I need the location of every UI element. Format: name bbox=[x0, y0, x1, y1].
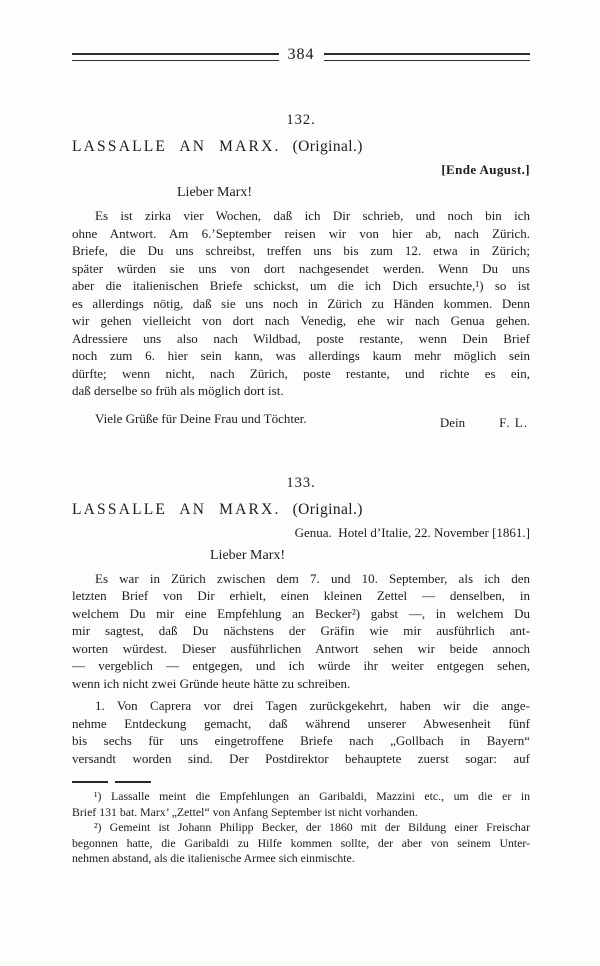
text-line: Adressiere uns also nach Wildbad, poste … bbox=[72, 330, 530, 348]
text-line: Briefe, die Du uns schreibst, treffen un… bbox=[72, 242, 530, 260]
letter-number: 133. bbox=[72, 474, 530, 492]
footnotes: ¹) Lassalle meint die Empfehlungen an Ga… bbox=[72, 789, 530, 867]
header-rule-left bbox=[72, 53, 279, 61]
text-line: begonnen hatte, die Garibaldi zu Hilfe k… bbox=[72, 836, 530, 852]
footnote-rule-segment bbox=[115, 781, 151, 783]
text-line: nehmen abstand, als die italienische Arm… bbox=[72, 851, 530, 867]
closing-valediction: Dein bbox=[440, 414, 465, 432]
footnote-block: ¹) Lassalle meint die Empfehlungen an Ga… bbox=[72, 781, 530, 867]
letter-title-annotation: (Original.) bbox=[293, 501, 363, 518]
text-line: Brief 131 bat. Marx’ „Zettel“ von Anfang… bbox=[72, 805, 530, 821]
text-line: letzten Brief von Dir erhielt, einen kle… bbox=[72, 587, 530, 605]
letter-dateline: Genua. Hotel d’Italie, 22. November [186… bbox=[72, 524, 530, 541]
book-page: 384 132. LASSALLE AN MARX.(Original.) [E… bbox=[0, 0, 600, 966]
footnote-separator-rule bbox=[72, 781, 530, 783]
letter-132: 132. LASSALLE AN MARX.(Original.) [Ende … bbox=[72, 111, 530, 428]
text-line: mir sagtest, daß Du nächstens der Gräfin… bbox=[72, 622, 530, 640]
text-line: bis sechs für uns eingetroffene Briefe n… bbox=[72, 732, 530, 750]
letter-title-annotation: (Original.) bbox=[293, 138, 363, 155]
letter-body-paragraph: Es ist zirka vier Wochen, daß ich Dir sc… bbox=[72, 207, 530, 400]
letter-body-paragraph: Es war in Zürich zwischen dem 7. und 10.… bbox=[72, 570, 530, 693]
footnote-1: ¹) Lassalle meint die Empfehlungen an Ga… bbox=[72, 789, 530, 820]
footnote-rule-segment bbox=[72, 781, 108, 783]
text-line: wir gehen vielleicht von dort nach Vened… bbox=[72, 312, 530, 330]
text-line: worten würdest. Dieser ausführlichen Ant… bbox=[72, 640, 530, 658]
letter-title: LASSALLE AN MARX.(Original.) bbox=[72, 137, 530, 157]
text-line: dürfte; wenn nicht, nach Zürich, poste r… bbox=[72, 365, 530, 383]
text-line: es allerdings nötig, daß sie uns noch in… bbox=[72, 295, 530, 313]
letter-title-caps: LASSALLE AN MARX. bbox=[72, 501, 281, 518]
text-line: ¹) Lassalle meint die Empfehlungen an Ga… bbox=[72, 789, 530, 805]
text-line: aber die italienischen Briefe schickst, … bbox=[72, 277, 530, 295]
page-number: 384 bbox=[279, 47, 324, 63]
text-line: versandt worden sind. Der Postdirektor b… bbox=[72, 750, 530, 768]
text-line: Es ist zirka vier Wochen, daß ich Dir sc… bbox=[72, 207, 530, 225]
footnote-2: ²) Gemeint ist Johann Philipp Becker, de… bbox=[72, 820, 530, 867]
running-head: 384 bbox=[72, 49, 530, 65]
letter-closing: Viele Grüße für Deine Frau und Töchter. … bbox=[72, 410, 530, 428]
text-line: nehme Entdeckung gemacht, daß während un… bbox=[72, 715, 530, 733]
letter-body-paragraph: 1. Von Caprera vor drei Tagen zurückgeke… bbox=[72, 697, 530, 767]
text-line: welchem Du mir eine Empfehlung an Becker… bbox=[72, 605, 530, 623]
letter-title-caps: LASSALLE AN MARX. bbox=[72, 138, 281, 155]
text-line: — vergeblich — entgegen, und ich würde i… bbox=[72, 657, 530, 675]
salutation: Lieber Marx! bbox=[72, 184, 530, 202]
header-rule-right bbox=[324, 53, 531, 61]
closing-signature: F. L. bbox=[499, 414, 528, 432]
text-line: wenn ich nicht zwei Gründe heute hätte z… bbox=[72, 675, 530, 693]
text-line: 1. Von Caprera vor drei Tagen zurückgeke… bbox=[72, 697, 530, 715]
text-line: ohne Antwort. Am 6.’September reisen wir… bbox=[72, 225, 530, 243]
salutation: Lieber Marx! bbox=[72, 547, 530, 565]
text-line: noch zum 6. hier sein kann, was allerdin… bbox=[72, 347, 530, 365]
letter-title: LASSALLE AN MARX.(Original.) bbox=[72, 500, 530, 520]
closing-greeting: Viele Grüße für Deine Frau und Töchter. bbox=[95, 410, 307, 428]
letter-133: 133. LASSALLE AN MARX.(Original.) Genua.… bbox=[72, 474, 530, 768]
letter-dateline: [Ende August.] bbox=[72, 161, 530, 178]
text-line: später würden sie uns von dort nachgesen… bbox=[72, 260, 530, 278]
text-line: ²) Gemeint ist Johann Philipp Becker, de… bbox=[72, 820, 530, 836]
letter-number: 132. bbox=[72, 111, 530, 129]
text-line: Es war in Zürich zwischen dem 7. und 10.… bbox=[72, 570, 530, 588]
text-line: daß derselbe so früh als möglich dort is… bbox=[72, 382, 530, 400]
